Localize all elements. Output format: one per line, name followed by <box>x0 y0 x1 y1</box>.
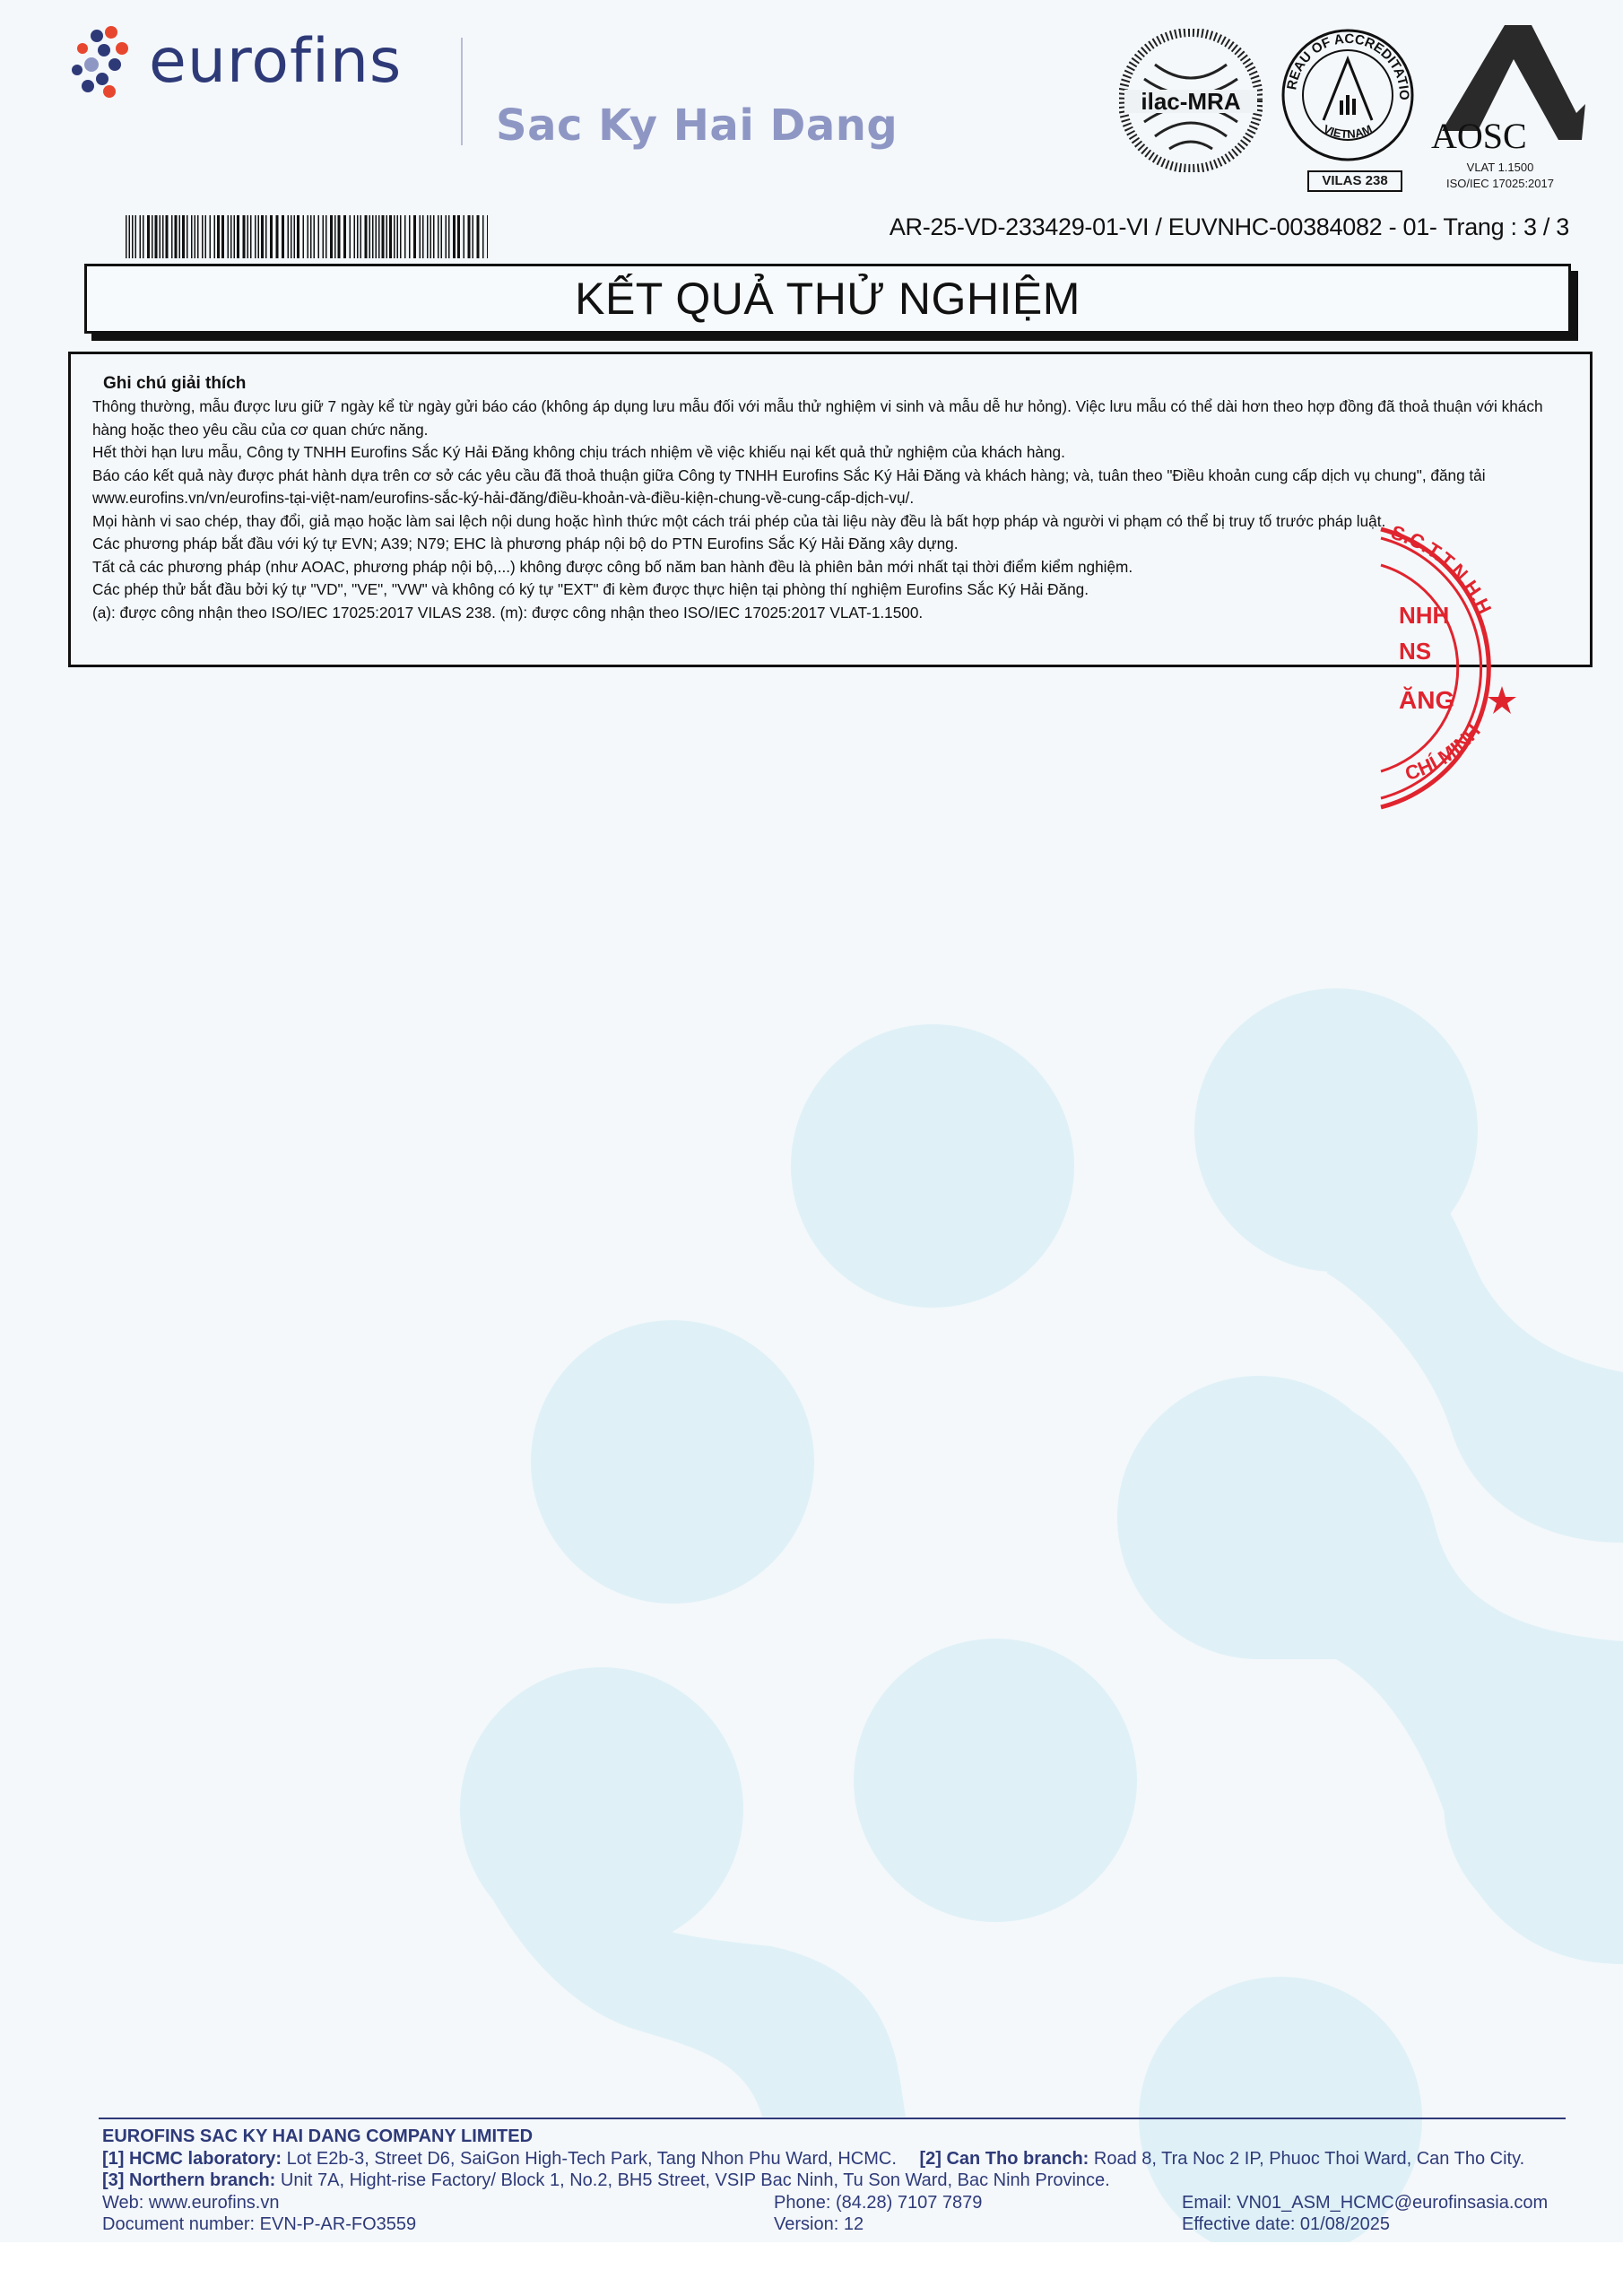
note-line: Báo cáo kết quả này được phát hành dựa t… <box>92 465 1568 510</box>
brand-name: eurofins <box>149 31 402 92</box>
note-line: Hết thời hạn lưu mẫu, Công ty TNHH Eurof… <box>92 441 1568 465</box>
svg-text:VIETNAM: VIETNAM <box>1322 122 1375 141</box>
note-line: Thông thường, mẫu được lưu giữ 7 ngày kể… <box>92 396 1568 441</box>
aosc-badge: AOSC VLAT 1.1500 ISO/IEC 17025:2017 <box>1424 23 1594 203</box>
eurofins-logo: eurofins <box>66 25 402 99</box>
footer-document-number: Document number: EVN-P-AR-FO3559 <box>102 2214 416 2234</box>
title-box: KẾT QUẢ THỬ NGHIỆM <box>84 264 1571 334</box>
footer-branches-row: [1] HCMC laboratory: Lot E2b-3, Street D… <box>102 2148 1609 2170</box>
sub-brand: Sac Ky Hai Dang <box>496 100 898 151</box>
branch3-label: [3] Northern branch: <box>102 2170 275 2190</box>
page-margin <box>0 2242 1623 2296</box>
header-divider <box>461 38 463 145</box>
footer-company-name: EUROFINS SAC KY HAI DANG COMPANY LIMITED <box>102 2126 1609 2148</box>
footer-email[interactable]: Email: VN01_ASM_HCMC@eurofinsasia.com <box>1182 2192 1548 2214</box>
footer-web[interactable]: Web: www.eurofins.vn <box>102 2193 280 2213</box>
footer-version: Version: 12 <box>774 2213 864 2236</box>
aosc-label: AOSC <box>1431 115 1527 157</box>
footer: EUROFINS SAC KY HAI DANG COMPANY LIMITED… <box>102 2126 1609 2236</box>
footer-divider <box>99 2118 1566 2119</box>
branch2-label: [2] Can Tho branch: <box>919 2149 1089 2169</box>
footer-effective-date: Effective date: 01/08/2025 <box>1182 2213 1390 2236</box>
notes-heading: Ghi chú giải thích <box>103 374 1568 394</box>
note-line: Mọi hành vi sao chép, thay đổi, giả mạo … <box>92 510 1568 534</box>
footer-phone: Phone: (84.28) 7107 7879 <box>774 2192 982 2214</box>
vilas-badge: VILAS 238 <box>1307 170 1402 192</box>
boa-vietnam-badge: BUREAU OF ACCREDITATION VIETNAM VILAS 23… <box>1280 23 1415 185</box>
branch1-address: Lot E2b-3, Street D6, SaiGon High-Tech P… <box>282 2149 897 2169</box>
accreditation-badges: ilac-MRA BUREAU OF ACCREDITATION VIETNAM… <box>1119 23 1585 203</box>
background-pattern <box>0 0 1623 2242</box>
note-line: Các phép thử bắt đầu bởi ký tự "VD", "VE… <box>92 578 1568 602</box>
svg-text:CHÍ MINH: CHÍ MINH <box>1402 719 1485 785</box>
barcode <box>126 215 488 258</box>
note-line: (a): được công nhận theo ISO/IEC 17025:2… <box>92 602 1568 625</box>
note-line: Tất cả các phương pháp (như AOAC, phương… <box>92 556 1568 579</box>
explanatory-notes: Ghi chú giải thích Thông thường, mẫu đượ… <box>68 352 1593 667</box>
branch3-address: Unit 7A, Hight-rise Factory/ Block 1, No… <box>275 2170 1109 2190</box>
svg-text:ĂNG: ĂNG <box>1399 686 1454 714</box>
ilac-mra-icon: ilac-MRA <box>1119 29 1263 172</box>
footer-branch3-row: [3] Northern branch: Unit 7A, Hight-rise… <box>102 2170 1609 2192</box>
page-title: KẾT QUẢ THỬ NGHIỆM <box>575 273 1081 325</box>
svg-text:ilac-MRA: ilac-MRA <box>1141 88 1240 115</box>
branch1-label: [1] HCMC laboratory: <box>102 2149 282 2169</box>
report-reference: AR-25-VD-233429-01-VI / EUVNHC-00384082 … <box>890 213 1569 241</box>
footer-contact-row: Web: www.eurofins.vn Phone: (84.28) 7107… <box>102 2192 1609 2214</box>
aosc-details: VLAT 1.1500 ISO/IEC 17025:2017 <box>1442 160 1558 192</box>
note-line: Các phương pháp bắt đầu với ký tự EVN; A… <box>92 533 1568 556</box>
footer-doc-row: Document number: EVN-P-AR-FO3559 Version… <box>102 2213 1609 2236</box>
branch2-address: Road 8, Tra Noc 2 IP, Phuoc Thoi Ward, C… <box>1089 2149 1524 2169</box>
boa-icon: BUREAU OF ACCREDITATION VIETNAM <box>1280 23 1415 167</box>
eurofins-logo-icon <box>66 25 140 99</box>
